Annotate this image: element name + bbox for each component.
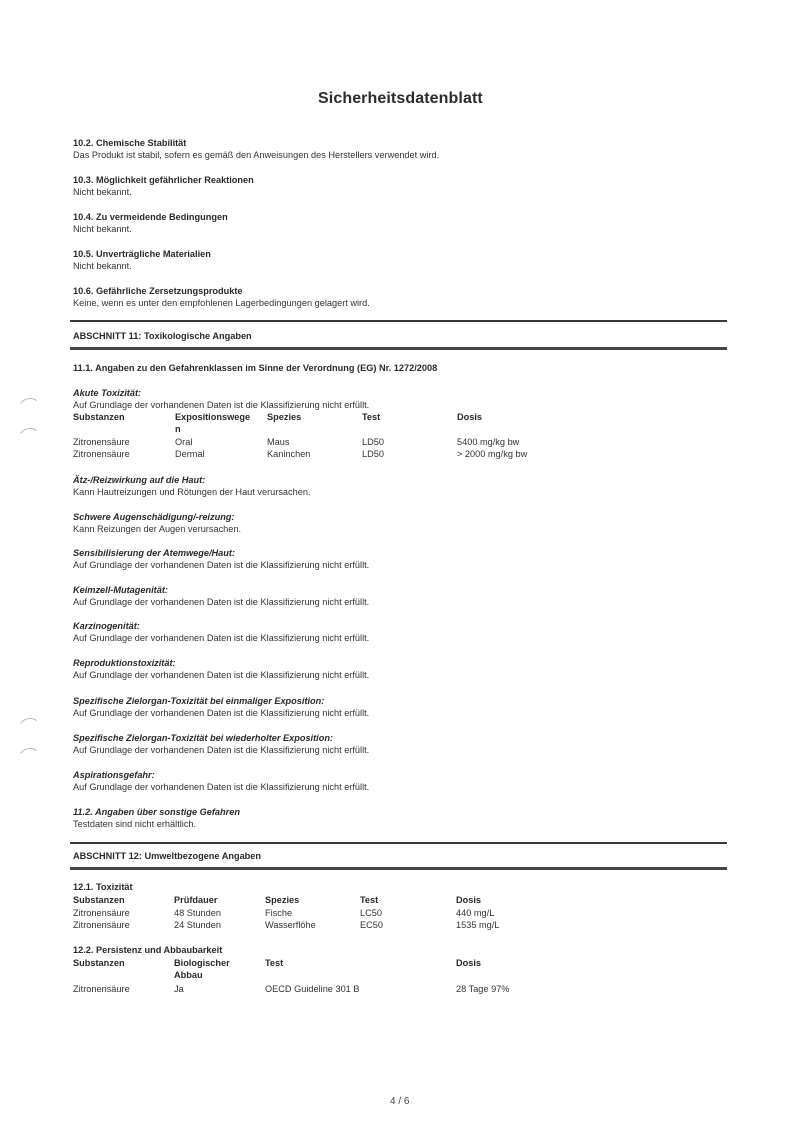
column-header-wrap: Abbau xyxy=(174,969,203,981)
table-cell: LD50 xyxy=(362,436,384,448)
column-header: Substanzen xyxy=(73,894,125,906)
stot-repeated-heading: Spezifische Zielorgan-Toxizität bei wied… xyxy=(73,732,333,744)
section-10-3-text: Nicht bekannt. xyxy=(73,186,132,198)
section-11-1-heading: 11.1. Angaben zu den Gefahrenklassen im … xyxy=(73,362,437,374)
column-header: Test xyxy=(362,411,380,423)
mutagenicity-heading: Keimzell-Mutagenität: xyxy=(73,584,168,596)
reproductive-toxicity-heading: Reproduktionstoxizität: xyxy=(73,657,176,669)
sensitisation-text: Auf Grundlage der vorhandenen Daten ist … xyxy=(73,559,369,571)
punch-hole-mark xyxy=(16,716,44,744)
section-10-6-text: Keine, wenn es unter den empfohlenen Lag… xyxy=(73,297,370,309)
column-header: Spezies xyxy=(265,894,299,906)
other-hazards-heading: 11.2. Angaben über sonstige Gefahren xyxy=(73,806,240,818)
table-cell: Zitronensäure xyxy=(73,448,130,460)
section-10-4-heading: 10.4. Zu vermeidende Bedingungen xyxy=(73,211,228,223)
table-cell: 24 Stunden xyxy=(174,919,221,931)
table-cell: OECD Guideline 301 B xyxy=(265,983,359,995)
aspiration-heading: Aspirationsgefahr: xyxy=(73,769,155,781)
eye-damage-heading: Schwere Augenschädigung/-reizung: xyxy=(73,511,234,523)
section-12-2-heading: 12.2. Persistenz und Abbaubarkeit xyxy=(73,944,222,956)
column-header: Biologischer xyxy=(174,957,230,969)
table-cell: 28 Tage 97% xyxy=(456,983,509,995)
column-header: Prüfdauer xyxy=(174,894,217,906)
table-cell: 440 mg/L xyxy=(456,907,494,919)
page-title: Sicherheitsdatenblatt xyxy=(318,90,483,108)
carcinogenicity-heading: Karzinogenität: xyxy=(73,620,140,632)
table-cell: EC50 xyxy=(360,919,383,931)
table-cell: Ja xyxy=(174,983,184,995)
table-cell: 1535 mg/L xyxy=(456,919,499,931)
table-cell: Zitronensäure xyxy=(73,907,130,919)
section-10-5-heading: 10.5. Unverträgliche Materialien xyxy=(73,248,211,260)
section-11-header: ABSCHNITT 11: Toxikologische Angaben xyxy=(73,330,252,342)
carcinogenicity-text: Auf Grundlage der vorhandenen Daten ist … xyxy=(73,632,369,644)
section-10-3-heading: 10.3. Möglichkeit gefährlicher Reaktione… xyxy=(73,174,254,186)
section-divider xyxy=(70,347,727,350)
section-divider xyxy=(70,320,727,322)
stot-single-text: Auf Grundlage der vorhandenen Daten ist … xyxy=(73,707,369,719)
section-10-5-text: Nicht bekannt. xyxy=(73,260,132,272)
eye-damage-text: Kann Reizungen der Augen verursachen. xyxy=(73,523,241,535)
skin-corrosion-text: Kann Hautreizungen und Rötungen der Haut… xyxy=(73,486,311,498)
table-cell: Wasserflöhe xyxy=(265,919,316,931)
column-header: Dosis xyxy=(456,957,481,969)
section-10-6-heading: 10.6. Gefährliche Zersetzungsprodukte xyxy=(73,285,243,297)
acute-toxicity-text: Auf Grundlage der vorhandenen Daten ist … xyxy=(73,399,369,411)
reproductive-toxicity-text: Auf Grundlage der vorhandenen Daten ist … xyxy=(73,669,369,681)
section-10-4-text: Nicht bekannt. xyxy=(73,223,132,235)
section-10-2-text: Das Produkt ist stabil, sofern es gemäß … xyxy=(73,149,439,161)
table-cell: > 2000 mg/kg bw xyxy=(457,448,527,460)
table-cell: Kaninchen xyxy=(267,448,310,460)
section-12-header: ABSCHNITT 12: Umweltbezogene Angaben xyxy=(73,850,261,862)
section-12-1-heading: 12.1. Toxizität xyxy=(73,881,133,893)
column-header: Dosis xyxy=(457,411,482,423)
column-header: Expositionswege xyxy=(175,411,250,423)
table-cell: Oral xyxy=(175,436,192,448)
table-cell: Zitronensäure xyxy=(73,983,130,995)
stot-single-heading: Spezifische Zielorgan-Toxizität bei einm… xyxy=(73,695,324,707)
column-header: Test xyxy=(265,957,283,969)
punch-hole-mark xyxy=(16,426,44,454)
table-cell: Zitronensäure xyxy=(73,919,130,931)
table-cell: Dermal xyxy=(175,448,205,460)
page-number: 4 / 6 xyxy=(390,1096,409,1107)
skin-corrosion-heading: Ätz-/Reizwirkung auf die Haut: xyxy=(73,474,205,486)
mutagenicity-text: Auf Grundlage der vorhandenen Daten ist … xyxy=(73,596,369,608)
stot-repeated-text: Auf Grundlage der vorhandenen Daten ist … xyxy=(73,744,369,756)
section-divider xyxy=(70,842,727,844)
column-header: Substanzen xyxy=(73,411,125,423)
column-header: Dosis xyxy=(456,894,481,906)
punch-hole-mark xyxy=(16,396,44,424)
column-header: Spezies xyxy=(267,411,301,423)
table-cell: Fische xyxy=(265,907,292,919)
table-cell: LC50 xyxy=(360,907,382,919)
table-cell: LD50 xyxy=(362,448,384,460)
column-header: Test xyxy=(360,894,378,906)
punch-hole-mark xyxy=(16,746,44,774)
sensitisation-heading: Sensibilisierung der Atemwege/Haut: xyxy=(73,547,235,559)
table-cell: Maus xyxy=(267,436,289,448)
section-10-2-heading: 10.2. Chemische Stabilität xyxy=(73,137,186,149)
table-cell: Zitronensäure xyxy=(73,436,130,448)
acute-toxicity-heading: Akute Toxizität: xyxy=(73,387,141,399)
table-cell: 48 Stunden xyxy=(174,907,221,919)
column-header: Substanzen xyxy=(73,957,125,969)
column-header-wrap: n xyxy=(175,423,181,435)
section-divider xyxy=(70,867,727,870)
table-cell: 5400 mg/kg bw xyxy=(457,436,519,448)
other-hazards-text: Testdaten sind nicht erhältlich. xyxy=(73,818,196,830)
aspiration-text: Auf Grundlage der vorhandenen Daten ist … xyxy=(73,781,369,793)
